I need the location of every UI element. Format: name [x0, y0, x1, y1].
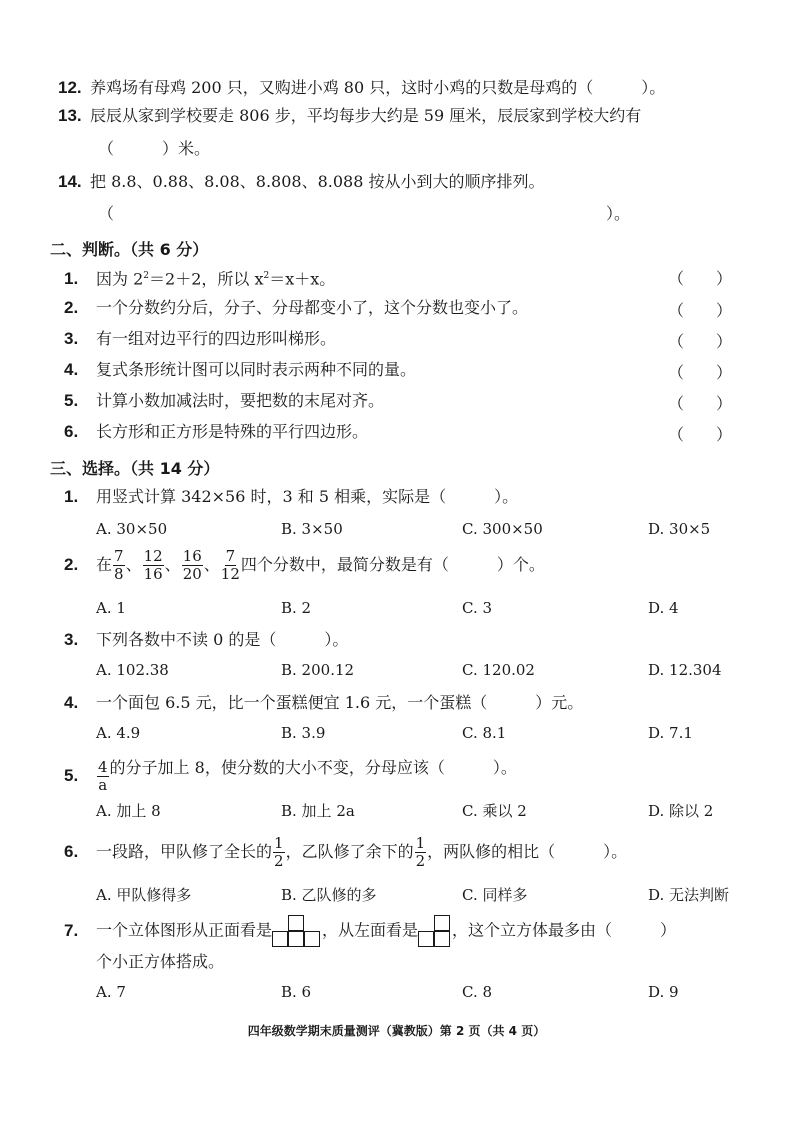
question-text: 辰辰从家到学校要走 806 步，平均每步大约是 59 厘米，辰辰家到学校大约有	[90, 106, 641, 125]
option-c: C. 8	[462, 983, 492, 1001]
fraction: 1216	[143, 548, 164, 583]
choice-question-4: 4.一个面包 6.5 元，比一个蛋糕便宜 1.6 元，一个蛋糕（ ）元。	[64, 693, 583, 713]
cube-square	[434, 931, 450, 947]
question-number: 14.	[58, 172, 90, 192]
question-number: 4.	[64, 360, 96, 380]
question-text: 下列各数中不读 0 的是（ ）。	[96, 630, 348, 649]
option-a: A. 7	[96, 983, 126, 1001]
option-b: B. 3.9	[281, 724, 325, 742]
option-c: C. 8.1	[462, 724, 506, 742]
judge-item-1: 1.因为 22＝2＋2，所以 x2＝x＋x。	[64, 266, 335, 289]
choice-question-2: 2.在78、1216、1620、712四个分数中，最简分数是有（ ）个。	[64, 547, 545, 583]
fraction: 12	[273, 835, 285, 870]
text: ，两队修的相比（ ）。	[427, 842, 627, 861]
section-2-title: 二、判断。（共 6 分）	[50, 237, 208, 260]
denominator: 12	[221, 566, 240, 583]
left-view-figure	[418, 915, 452, 947]
option-b: B. 乙队修的多	[281, 884, 377, 905]
question-14: 14.把 8.8、0.88、8.08、8.808、8.088 按从小到大的顺序排…	[58, 172, 544, 192]
question-number: 5.	[64, 758, 96, 794]
answer-paren-open: （	[668, 266, 684, 289]
option-a: A. 4.9	[96, 724, 140, 742]
denominator: 16	[144, 566, 163, 583]
question-text: 长方形和正方形是特殊的平行四边形。	[96, 422, 368, 441]
answer-paren-open: （	[668, 391, 684, 414]
fraction: 12	[415, 835, 427, 870]
cube-square	[418, 931, 434, 947]
cube-square	[304, 931, 320, 947]
answer-paren-open: （	[668, 329, 684, 352]
option-c: C. 乘以 2	[462, 800, 527, 821]
numerator: 16	[182, 548, 203, 566]
option-c: C. 300×50	[462, 520, 543, 538]
answer-paren-close: ）	[716, 422, 732, 445]
answer-paren-open: （	[668, 422, 684, 445]
denominator: 20	[183, 566, 202, 583]
answer-paren-open: （	[668, 298, 684, 321]
text: 的分子加上 8，使分数的大小不变，分母应该（ ）。	[110, 758, 517, 777]
answer-paren-close: ）	[716, 360, 732, 383]
denominator: 8	[114, 566, 124, 583]
option-b: B. 加上 2a	[281, 800, 355, 821]
numerator: 1	[273, 835, 285, 853]
question-number: 1.	[64, 487, 96, 507]
judge-item-2: 2.一个分数约分后，分子、分母都变小了，这个分数也变小了。	[64, 298, 528, 318]
text: 四个分数中，最简分数是有（ ）个。	[241, 555, 545, 574]
option-c: C. 3	[462, 599, 492, 617]
cube-square	[288, 915, 304, 931]
option-b: B. 3×50	[281, 520, 343, 538]
option-a: A. 加上 8	[96, 800, 161, 821]
text: ，从左面看是	[322, 921, 418, 940]
option-b: B. 200.12	[281, 661, 354, 679]
question-text: 养鸡场有母鸡 200 只，又购进小鸡 80 只，这时小鸡的只数是母鸡的（ ）。	[90, 78, 665, 97]
question-number: 6.	[64, 834, 96, 870]
option-d: D. 12.304	[648, 661, 722, 679]
judge-item-5: 5.计算小数加减法时，要把数的末尾对齐。	[64, 391, 384, 411]
question-7-line2: 个小正方体搭成。	[96, 952, 224, 972]
page-footer: 四年级数学期末质量测评（冀教版）第 2 页（共 4 页）	[0, 1022, 793, 1039]
answer-paren-close: ）	[716, 329, 732, 352]
question-number: 4.	[64, 693, 96, 713]
option-d: D. 7.1	[648, 724, 693, 742]
question-text: 有一组对边平行的四边形叫梯形。	[96, 329, 336, 348]
question-text: 一个面包 6.5 元，比一个蛋糕便宜 1.6 元，一个蛋糕（ ）元。	[96, 693, 583, 712]
answer-paren-open: （	[668, 360, 684, 383]
numerator: 12	[143, 548, 164, 566]
text: ，乙队修了余下的	[286, 842, 414, 861]
text: 一个立体图形从正面看是	[96, 921, 272, 940]
question-text: 一个分数约分后，分子、分母都变小了，这个分数也变小了。	[96, 298, 528, 317]
fraction: 712	[221, 548, 240, 583]
text: ＝2＋2，所以 x	[149, 269, 263, 288]
fraction: 4a	[97, 759, 109, 794]
numerator: 7	[113, 548, 125, 566]
text: 在	[96, 555, 112, 574]
question-13: 13.辰辰从家到学校要走 806 步，平均每步大约是 59 厘米，辰辰家到学校大…	[58, 106, 641, 126]
cube-square	[434, 915, 450, 931]
choice-question-1: 1.用竖式计算 342×56 时，3 和 5 相乘，实际是（ ）。	[64, 487, 518, 507]
option-d: D. 9	[648, 983, 679, 1001]
cube-square	[288, 931, 304, 947]
question-14-open-paren: （	[98, 204, 114, 224]
question-number: 2.	[64, 298, 96, 318]
question-number: 12.	[58, 78, 90, 98]
question-text: 把 8.8、0.88、8.08、8.808、8.088 按从小到大的顺序排列。	[90, 172, 544, 191]
question-text: 复式条形统计图可以同时表示两种不同的量。	[96, 360, 416, 379]
judge-item-4: 4.复式条形统计图可以同时表示两种不同的量。	[64, 360, 416, 380]
judge-item-6: 6.长方形和正方形是特殊的平行四边形。	[64, 422, 368, 442]
text: 因为 2	[96, 269, 143, 288]
fraction: 1620	[182, 548, 203, 583]
choice-question-3: 3.下列各数中不读 0 的是（ ）。	[64, 630, 348, 650]
numerator: 4	[97, 759, 109, 777]
question-text: 计算小数加减法时，要把数的末尾对齐。	[96, 391, 384, 410]
judge-item-3: 3.有一组对边平行的四边形叫梯形。	[64, 329, 336, 349]
option-a: A. 102.38	[96, 661, 169, 679]
denominator: a	[98, 777, 107, 794]
question-number: 7.	[64, 916, 96, 946]
answer-paren-close: ）	[716, 266, 732, 289]
question-number: 2.	[64, 547, 96, 583]
separator: 、	[165, 555, 181, 574]
option-a: A. 1	[96, 599, 126, 617]
fraction: 78	[113, 548, 125, 583]
option-c: C. 120.02	[462, 661, 535, 679]
option-b: B. 2	[281, 599, 311, 617]
answer-paren-close: ）	[716, 391, 732, 414]
separator: 、	[204, 555, 220, 574]
option-a: A. 30×50	[96, 520, 167, 538]
separator: 、	[126, 555, 142, 574]
section-3-title: 三、选择。（共 14 分）	[50, 456, 219, 479]
option-b: B. 6	[281, 983, 311, 1001]
denominator: 2	[416, 853, 426, 870]
choice-question-5: 5.4a的分子加上 8，使分数的大小不变，分母应该（ ）。	[64, 750, 517, 794]
option-c: C. 同样多	[462, 884, 527, 905]
question-number: 3.	[64, 329, 96, 349]
numerator: 7	[225, 548, 237, 566]
choice-question-6: 6.一段路，甲队修了全长的12，乙队修了余下的12，两队修的相比（ ）。	[64, 834, 627, 870]
denominator: 2	[274, 853, 284, 870]
cube-square	[272, 931, 288, 947]
text: ＝x＋x。	[269, 269, 335, 288]
question-number: 5.	[64, 391, 96, 411]
choice-question-7: 7.一个立体图形从正面看是 ，从左面看是 ，这个立方体最多由（ ）	[64, 915, 676, 947]
option-d: D. 4	[648, 599, 679, 617]
question-number: 6.	[64, 422, 96, 442]
answer-paren-close: ）	[716, 298, 732, 321]
question-number: 13.	[58, 106, 90, 126]
question-12: 12.养鸡场有母鸡 200 只，又购进小鸡 80 只，这时小鸡的只数是母鸡的（ …	[58, 78, 665, 98]
question-text: 用竖式计算 342×56 时，3 和 5 相乘，实际是（ ）。	[96, 487, 518, 506]
numerator: 1	[415, 835, 427, 853]
question-number: 1.	[64, 269, 96, 289]
question-14-close-paren: ）。	[606, 204, 630, 224]
option-d: D. 无法判断	[648, 884, 729, 905]
text: 一段路，甲队修了全长的	[96, 842, 272, 861]
question-13-answer-line: （ ）米。	[98, 139, 210, 159]
question-number: 3.	[64, 630, 96, 650]
text: ，这个立方体最多由（ ）	[452, 921, 676, 940]
option-d: D. 除以 2	[648, 800, 713, 821]
option-a: A. 甲队修得多	[96, 884, 191, 905]
option-d: D. 30×5	[648, 520, 710, 538]
front-view-figure	[272, 915, 322, 947]
